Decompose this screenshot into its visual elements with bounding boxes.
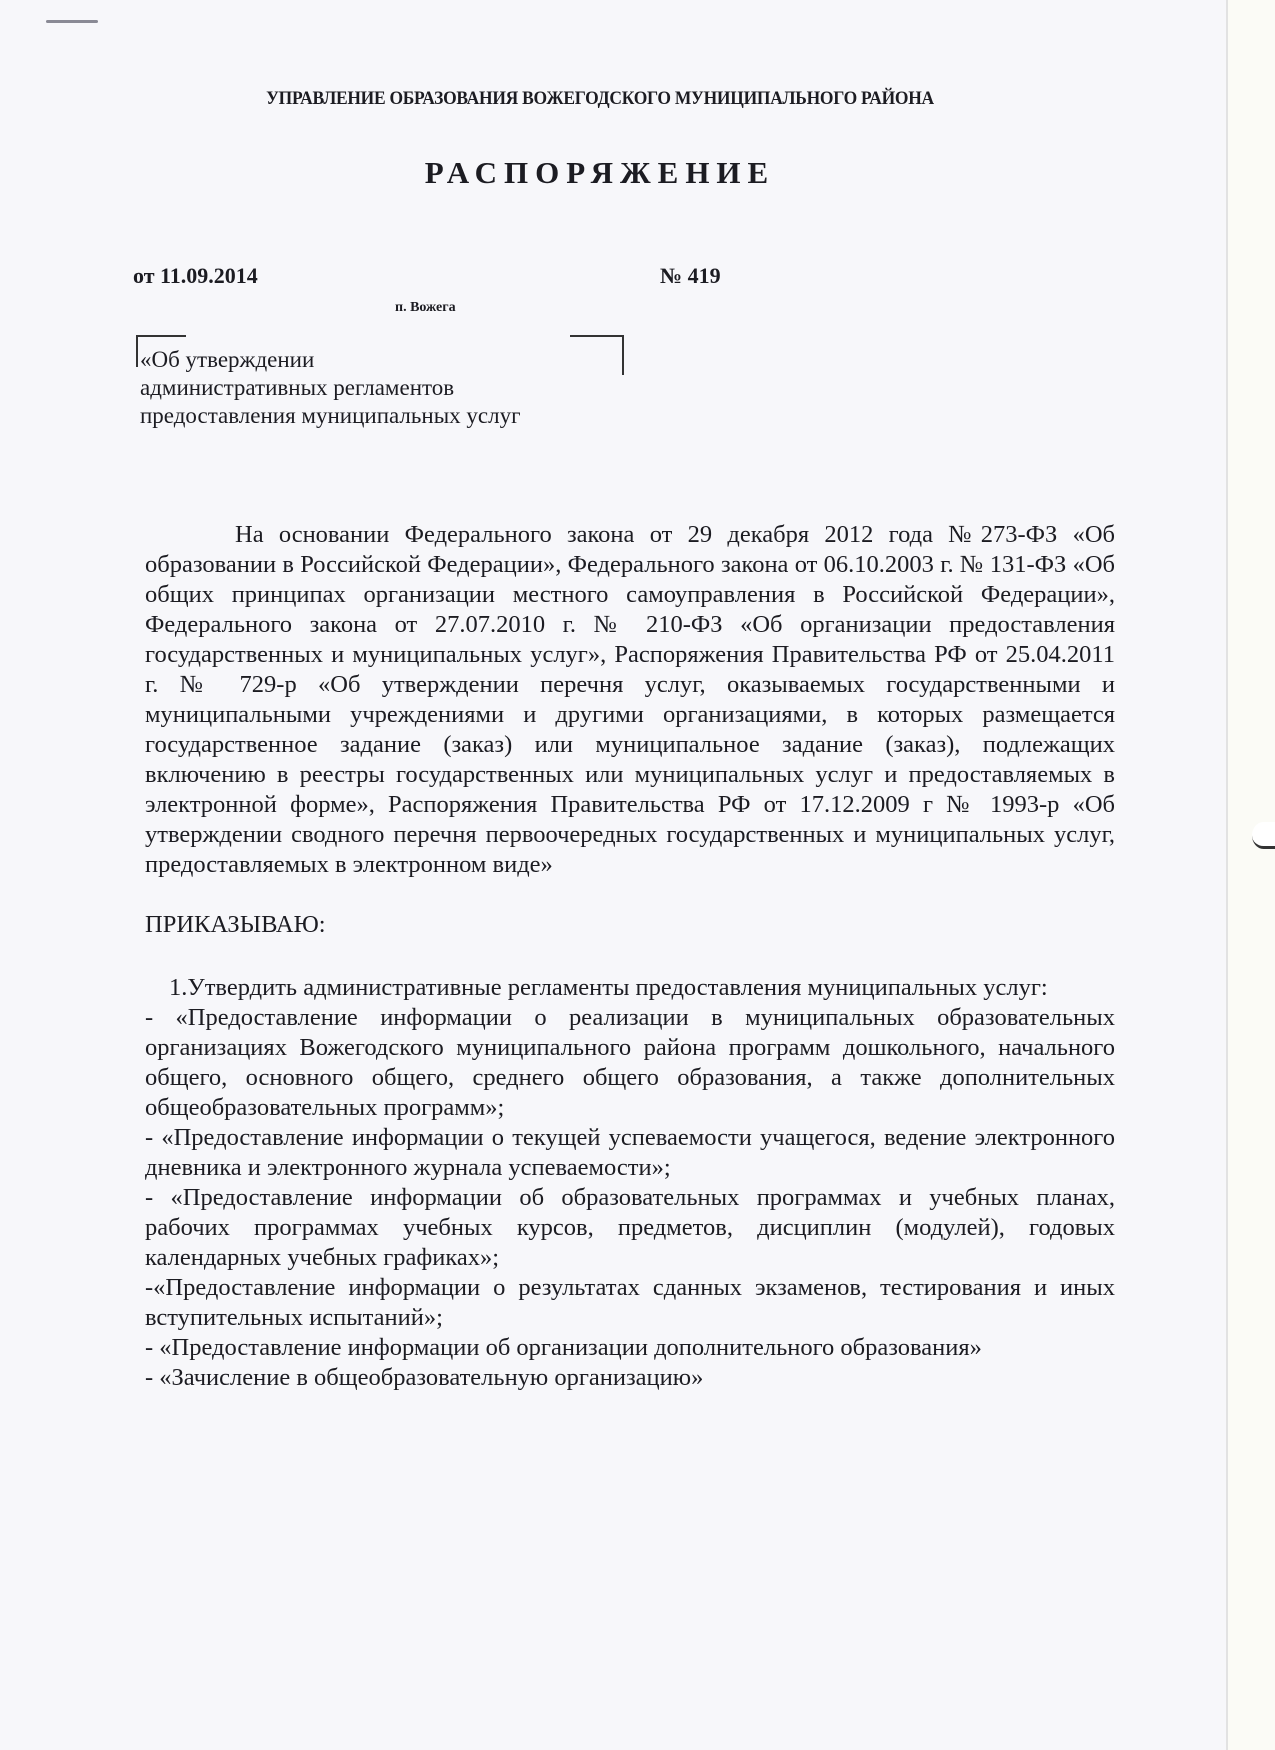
document-body: На основании Федерального закона от 29 д… bbox=[145, 520, 1115, 1393]
document-place: п. Вожега bbox=[395, 300, 456, 316]
preamble-paragraph: На основании Федерального закона от 29 д… bbox=[145, 520, 1115, 880]
service-item: -«Предоставление информации о результата… bbox=[145, 1273, 1115, 1333]
service-item: - «Предоставление информации о текущей у… bbox=[145, 1123, 1115, 1183]
scan-mark bbox=[46, 20, 98, 23]
point-1: 1.Утвердить административные регламенты … bbox=[145, 973, 1115, 1003]
paper-clip-mark bbox=[1252, 822, 1275, 849]
service-item: - «Предоставление информации об образова… bbox=[145, 1183, 1115, 1273]
order-word: ПРИКАЗЫВАЮ: bbox=[145, 910, 1115, 940]
document-title: РАСПОРЯЖЕНИЕ bbox=[150, 155, 1050, 191]
organization-header: УПРАВЛЕНИЕ ОБРАЗОВАНИЯ ВОЖЕГОДСКОГО МУНИ… bbox=[186, 88, 1014, 110]
document-page: УПРАВЛЕНИЕ ОБРАЗОВАНИЯ ВОЖЕГОДСКОГО МУНИ… bbox=[0, 0, 1226, 1750]
document-number: № 419 bbox=[660, 263, 721, 289]
document-subject: «Об утверждении административных регламе… bbox=[140, 346, 521, 430]
document-date: от 11.09.2014 bbox=[133, 263, 258, 289]
service-item: - «Зачисление в общеобразовательную орга… bbox=[145, 1363, 1115, 1393]
service-item: - «Предоставление информации об организа… bbox=[145, 1333, 1115, 1363]
subject-line: административных регламентов bbox=[140, 374, 521, 402]
subject-line: «Об утверждении bbox=[140, 346, 521, 374]
subject-line: предоставления муниципальных услуг bbox=[140, 402, 521, 430]
subject-bracket-right bbox=[570, 335, 624, 375]
page-edge bbox=[1226, 0, 1275, 1750]
service-item: - «Предоставление информации о реализаци… bbox=[145, 1003, 1115, 1123]
